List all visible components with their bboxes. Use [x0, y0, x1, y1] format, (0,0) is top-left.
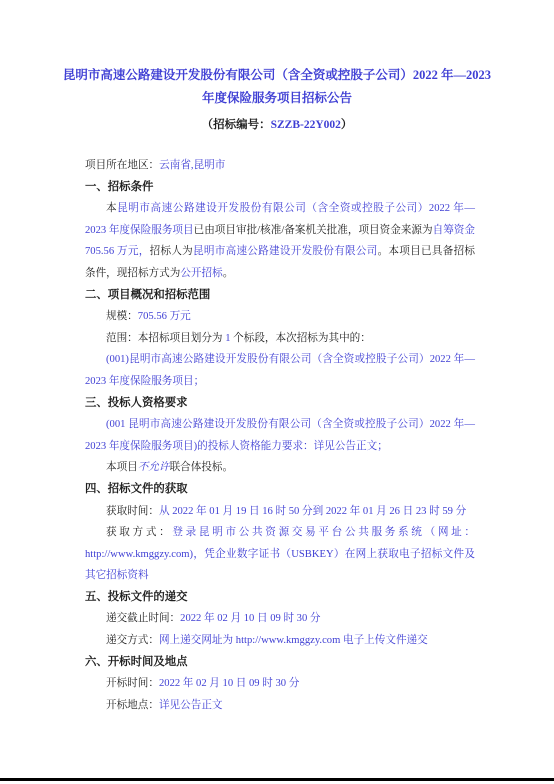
text-line: 本项目不允许联合体投标。	[85, 457, 475, 479]
text-segment: 项目所在地区：	[85, 160, 159, 171]
section-heading: 一、招标条件	[85, 177, 475, 199]
tender-reference-prefix: （招标编号：	[202, 119, 271, 131]
text-segment: 规模：	[106, 311, 138, 322]
text-line: 项目所在地区：云南省,昆明市	[85, 155, 475, 177]
text-segment: 。	[223, 268, 234, 279]
section-heading: 五、投标文件的递交	[85, 587, 475, 609]
tender-reference: （招标编号：SZZB-22Y002）	[0, 114, 554, 137]
text-segment: (001 昆明市高速公路建设开发股份有限公司（含全资或控股子公司）2022 年—…	[85, 419, 475, 452]
text-segment: 不允许	[138, 462, 170, 473]
text-segment: 网上递交网址为 http://www.kmggzy.com 电子上传文件递交	[159, 635, 428, 646]
text-segment: 本项目	[106, 462, 138, 473]
text-segment: 递交方式：	[106, 635, 159, 646]
text-segment: 一、招标条件	[85, 181, 153, 193]
text-segment: 递交截止时间：	[106, 613, 180, 624]
title-line-2: 年度保险服务项目招标公告	[0, 87, 554, 110]
text-segment: 从 2022 年 01 月 19 日 16 时 50 分到 2022 年 01 …	[159, 506, 466, 517]
text-line: 递交截止时间：2022 年 02 月 10 日 09 时 30 分	[85, 608, 475, 630]
text-line: 开标时间：2022 年 02 月 10 日 09 时 30 分	[85, 673, 475, 695]
section-heading: 四、招标文件的获取	[85, 479, 475, 501]
text-line: 本昆明市高速公路建设开发股份有限公司（含全资或控股子公司）2022 年—2023…	[85, 198, 475, 284]
text-segment: 2022 年 02 月 10 日 09 时 30 分	[180, 613, 320, 624]
text-segment: 本	[106, 203, 117, 214]
text-segment: 开标地点：	[106, 700, 159, 711]
tender-reference-code: SZZB-22Y002	[271, 119, 341, 131]
text-line: 递交方式：网上递交网址为 http://www.kmggzy.com 电子上传文…	[85, 630, 475, 652]
text-segment: (001)昆明市高速公路建设开发股份有限公司（含全资或控股子公司）2022 年—…	[85, 354, 475, 387]
text-segment: 六、开标时间及地点	[85, 656, 188, 668]
text-segment: 已由项目审批/核准/备案机关批准，项目资金来源为	[194, 225, 433, 236]
page: 昆明市高速公路建设开发股份有限公司（含全资或控股子公司）2022 年—2023 …	[0, 0, 554, 784]
title-line-1: 昆明市高速公路建设开发股份有限公司（含全资或控股子公司）2022 年—2023	[0, 64, 554, 87]
text-segment: 范围：本招标项目划分为	[106, 333, 225, 344]
text-segment: 2022 年 02 月 10 日 09 时 30 分	[159, 678, 299, 689]
text-segment: 招标人为	[150, 246, 193, 257]
section-heading: 二、项目概况和招标范围	[85, 285, 475, 307]
text-segment: 开标时间：	[106, 678, 159, 689]
text-segment: 详见公告正文	[159, 700, 223, 711]
text-segment: 昆明市高速公路建设开发股份有限公司	[193, 246, 378, 257]
section-heading: 三、投标人资格要求	[85, 393, 475, 415]
text-line: 获取时间：从 2022 年 01 月 19 日 16 时 50 分到 2022 …	[85, 501, 475, 523]
text-line: 开标地点：详见公告正文	[85, 695, 475, 717]
text-segment: 五、投标文件的递交	[85, 591, 188, 603]
text-segment: 公开招标	[180, 268, 222, 279]
text-line: 获取方式：登录昆明市公共资源交易平台公共服务系统（网址：http://www.k…	[85, 522, 475, 587]
text-segment: 个标段，本次招标为其中的：	[230, 333, 370, 344]
text-line: (001)昆明市高速公路建设开发股份有限公司（含全资或控股子公司）2022 年—…	[85, 349, 475, 392]
bottom-edge-bar	[0, 778, 554, 781]
text-segment: 705.56 万元	[138, 311, 191, 322]
text-segment: 三、投标人资格要求	[85, 397, 188, 409]
text-segment: 联合体投标。	[170, 462, 234, 473]
text-segment: 二、项目概况和招标范围	[85, 289, 210, 301]
tender-reference-suffix: ）	[341, 119, 353, 131]
document-body: 项目所在地区：云南省,昆明市一、招标条件本昆明市高速公路建设开发股份有限公司（含…	[85, 155, 475, 716]
text-segment: 云南省,昆明市	[159, 160, 225, 171]
text-segment: 四、招标文件的获取	[85, 483, 188, 495]
announcement-title: 昆明市高速公路建设开发股份有限公司（含全资或控股子公司）2022 年—2023 …	[0, 0, 554, 137]
text-line: 范围：本招标项目划分为 1 个标段，本次招标为其中的：	[85, 328, 475, 350]
text-line: 规模：705.56 万元	[85, 306, 475, 328]
text-line: (001 昆明市高速公路建设开发股份有限公司（含全资或控股子公司）2022 年—…	[85, 414, 475, 457]
text-segment: 获取时间：	[106, 506, 159, 517]
text-segment: 获取方式：	[106, 527, 172, 538]
section-heading: 六、开标时间及地点	[85, 652, 475, 674]
